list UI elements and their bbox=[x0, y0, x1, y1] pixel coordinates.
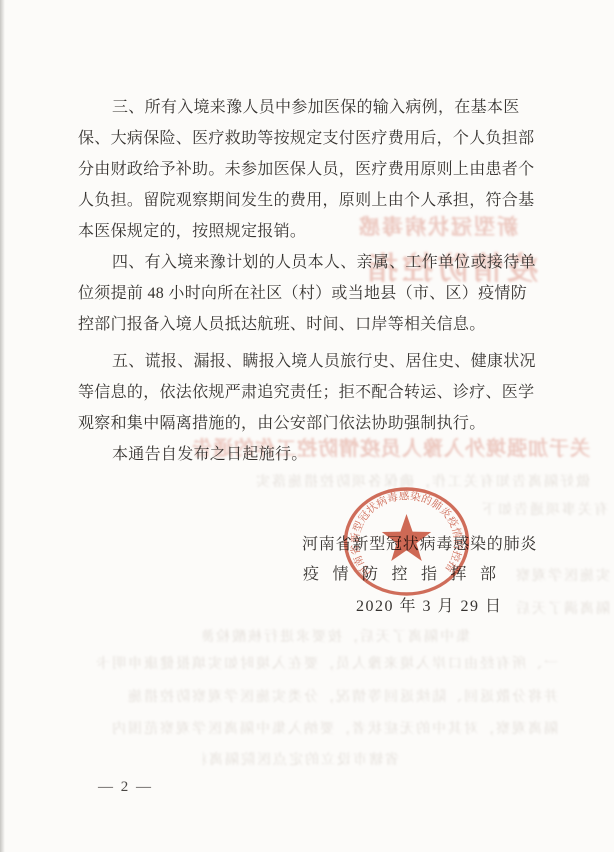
body-line: 分由财政给予补助。未参加医保人员，医疗费用原则上由患者个 bbox=[78, 154, 540, 185]
body-line: 控部门报备入境人员抵达航班、时间、口岸等相关信息。 bbox=[78, 309, 540, 340]
bleedthrough-text: 并将分散返回、陆续返回等情况，分类实施医学观察防控措施 bbox=[82, 686, 558, 706]
page-number: — 2 — bbox=[98, 779, 153, 796]
bleedthrough-text: 一、所有经由口岸入境来豫人员，要在入境时如实填报健康申明卡 bbox=[82, 653, 558, 673]
body-line: 位须提前 48 小时向所在社区（村）或当地县（市、区）疫情防 bbox=[78, 278, 540, 309]
bleedthrough-text: 集中隔离了天后，按要求进行核酸检测了次 bbox=[203, 626, 470, 646]
notice-body: 三、所有入境来豫人员中参加医保的输入病例，在基本医 保、大病保险、医疗救助等按规… bbox=[78, 92, 540, 470]
body-line: 本医保规定的，按照规定报销。 bbox=[78, 216, 540, 247]
official-seal: 河南省新型冠状病毒感染的肺炎疫情防控指挥部 bbox=[340, 484, 474, 602]
scan-edge-shadow bbox=[0, 0, 5, 852]
seal-star-icon bbox=[382, 514, 431, 561]
bleedthrough-text: 隔离观察，对其中的无症状者，要纳入集中隔离医学观察范围内 bbox=[82, 718, 558, 738]
bleedthrough-text: 实施医学观察 bbox=[498, 565, 610, 585]
body-line: 三、所有入境来豫人员中参加医保的输入病例，在基本医 bbox=[78, 92, 540, 123]
body-line: 四、有入境来豫计划的人员本人、亲属、工作单位或接待单 bbox=[78, 247, 540, 278]
body-line: 五、谎报、漏报、瞒报入境人员旅行史、居住史、健康状况 bbox=[78, 346, 540, 377]
body-line: 保、大病保险、医疗救助等按规定支付医疗费用后，个人负担部 bbox=[78, 123, 540, 154]
scanned-notice-page: 新型冠状病毒感染 疫情防控指挥部 关于加强境外入豫人员疫情防控工作的通告 做好隔… bbox=[0, 0, 614, 852]
body-line: 人负担。留院观察期间发生的费用，原则上由个人承担，符合基 bbox=[78, 185, 540, 216]
body-line: 本通告自发布之日起施行。 bbox=[78, 439, 540, 470]
body-line: 等信息的，依法依规严肃追究责任；拒不配合转运、诊疗、医学 bbox=[78, 377, 540, 408]
body-line: 观察和集中隔离措施的，由公安部门依法协助强制执行。 bbox=[78, 408, 540, 439]
bleedthrough-text: 省辖市设立的定点医院隔离救治 bbox=[203, 749, 399, 769]
